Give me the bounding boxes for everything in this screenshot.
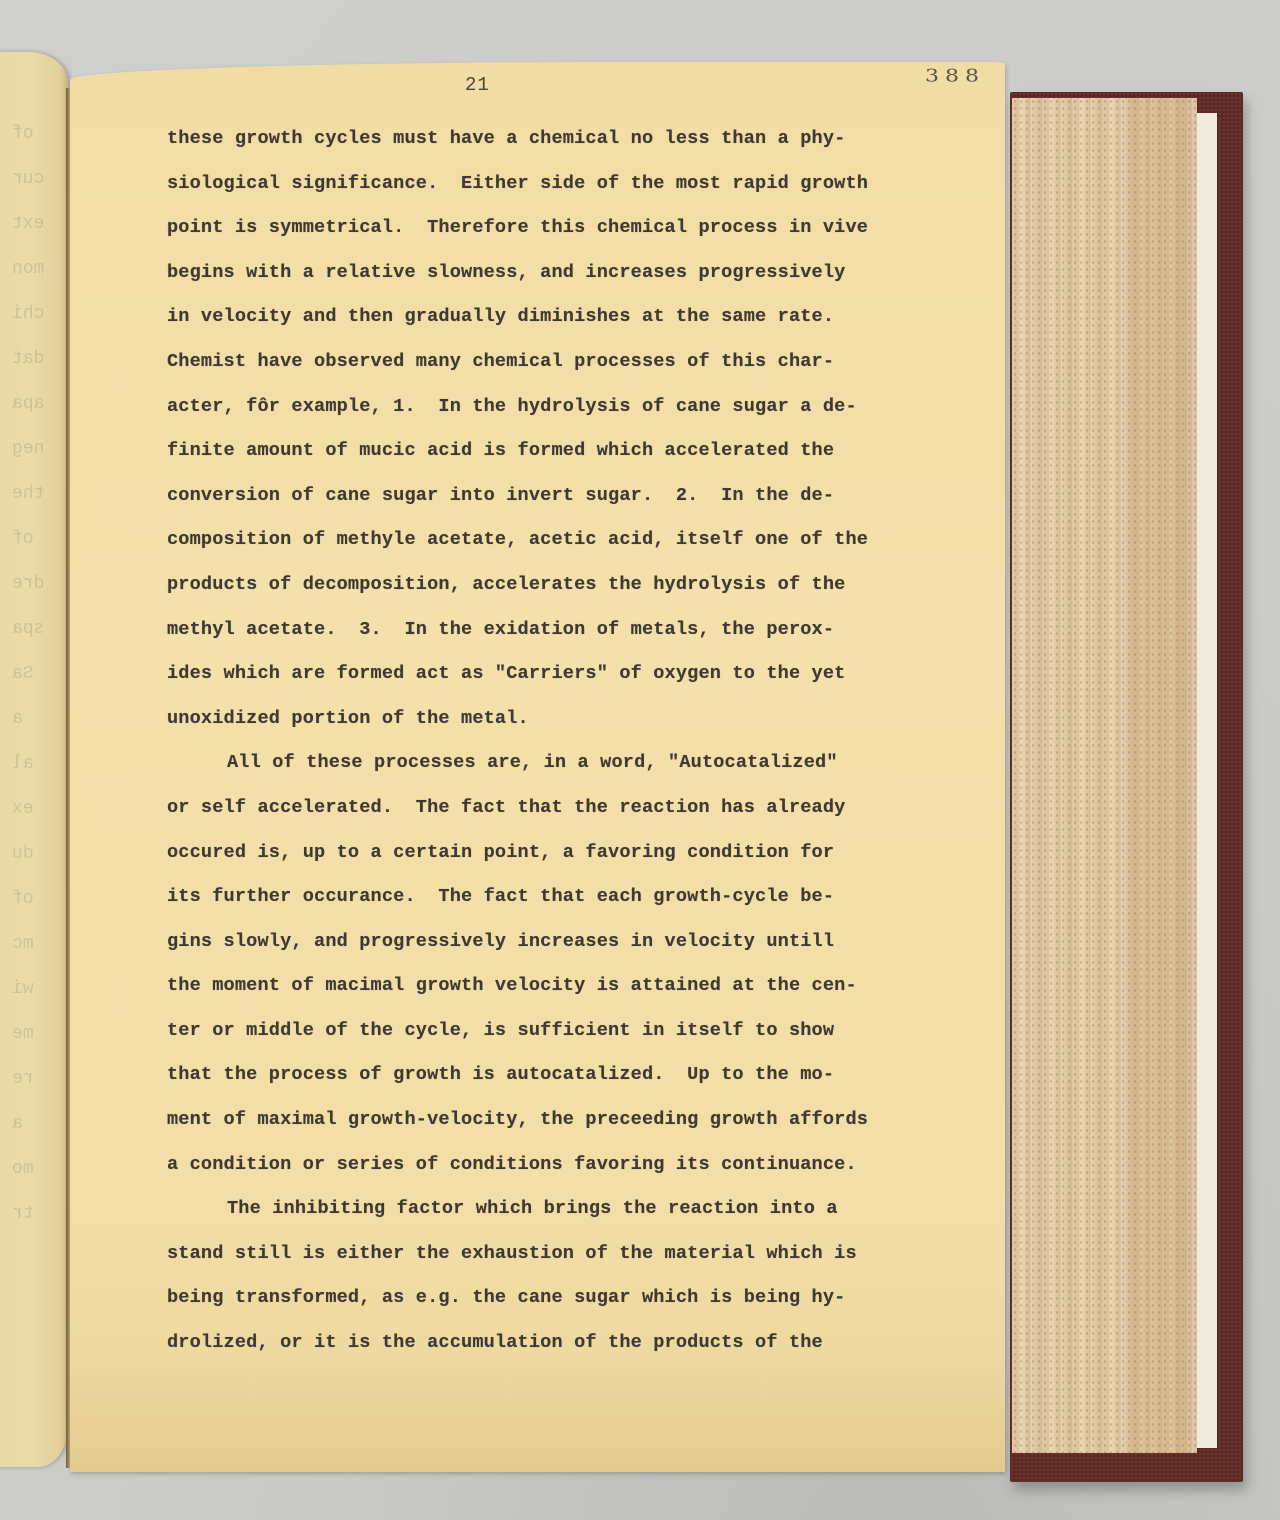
page-number: 21 xyxy=(465,74,490,96)
bleed-fragment: of xyxy=(12,877,60,922)
bleed-fragment: du xyxy=(12,832,60,877)
bleed-fragment: Sa xyxy=(12,652,60,697)
bleed-fragment: ext xyxy=(12,202,60,247)
text-line: All of these processes are, in a word, "… xyxy=(167,741,987,786)
text-line: finite amount of mucic acid is formed wh… xyxy=(167,429,987,474)
text-line: being transformed, as e.g. the cane suga… xyxy=(167,1276,987,1321)
bleed-fragment: cur xyxy=(12,157,60,202)
text-line: methyl acetate. 3. In the exidation of m… xyxy=(167,608,987,653)
book-photo-scene: ofcurextmonchidatapanegtheofdrespaSaaale… xyxy=(0,0,1280,1520)
text-line: point is symmetrical. Therefore this che… xyxy=(167,206,987,251)
text-line: composition of methyle acetate, acetic a… xyxy=(167,518,987,563)
text-line: a condition or series of conditions favo… xyxy=(167,1143,987,1188)
text-line: that the process of growth is autocatali… xyxy=(167,1053,987,1098)
page-fore-edge xyxy=(1012,98,1197,1453)
text-line: ter or middle of the cycle, is sufficien… xyxy=(167,1009,987,1054)
page-body-text: these growth cycles must have a chemical… xyxy=(167,117,987,1366)
text-line: or self accelerated. The fact that the r… xyxy=(167,786,987,831)
text-line: unoxidized portion of the metal. xyxy=(167,697,987,742)
text-line: gins slowly, and progressively increases… xyxy=(167,920,987,965)
bleed-fragment: the xyxy=(12,472,60,517)
bleed-fragment: a xyxy=(12,1102,60,1147)
text-line: Chemist have observed many chemical proc… xyxy=(167,340,987,385)
bleed-fragment: wi xyxy=(12,967,60,1012)
bleed-through-text: ofcurextmonchidatapanegtheofdrespaSaaale… xyxy=(12,112,60,1237)
text-line: products of decomposition, accelerates t… xyxy=(167,563,987,608)
bleed-fragment: mc xyxy=(12,922,60,967)
bleed-fragment: dre xyxy=(12,562,60,607)
bleed-fragment: chi xyxy=(12,292,60,337)
text-line: these growth cycles must have a chemical… xyxy=(167,117,987,162)
left-curled-page: ofcurextmonchidatapanegtheofdrespaSaaale… xyxy=(0,52,68,1467)
bleed-fragment: of xyxy=(12,517,60,562)
text-line: drolized, or it is the accumulation of t… xyxy=(167,1321,987,1366)
bleed-fragment: a xyxy=(12,697,60,742)
bleed-fragment: ex xyxy=(12,787,60,832)
text-line: occured is, up to a certain point, a fav… xyxy=(167,831,987,876)
text-line: begins with a relative slowness, and inc… xyxy=(167,251,987,296)
text-line: in velocity and then gradually diminishe… xyxy=(167,295,987,340)
bleed-fragment: tr xyxy=(12,1192,60,1237)
text-line: its further occurance. The fact that eac… xyxy=(167,875,987,920)
bleed-fragment: spa xyxy=(12,607,60,652)
text-line: ides which are formed act as "Carriers" … xyxy=(167,652,987,697)
text-line: conversion of cane sugar into invert sug… xyxy=(167,474,987,519)
text-line: acter, fôr example, 1. In the hydrolysis… xyxy=(167,385,987,430)
bleed-fragment: of xyxy=(12,112,60,157)
endpaper xyxy=(1195,113,1217,1448)
bleed-fragment: dat xyxy=(12,337,60,382)
bleed-fragment: apa xyxy=(12,382,60,427)
text-line: stand still is either the exhaustion of … xyxy=(167,1232,987,1277)
bleed-fragment: me xyxy=(12,1012,60,1057)
handwritten-folio: 388 xyxy=(925,67,985,87)
bleed-fragment: neg xyxy=(12,427,60,472)
bleed-fragment: mo xyxy=(12,1147,60,1192)
text-line: the moment of macimal growth velocity is… xyxy=(167,964,987,1009)
bleed-fragment: mon xyxy=(12,247,60,292)
text-line: The inhibiting factor which brings the r… xyxy=(167,1187,987,1232)
text-line: siological significance. Either side of … xyxy=(167,162,987,207)
typed-page: 21 388 these growth cycles must have a c… xyxy=(70,62,1005,1472)
bleed-fragment: re xyxy=(12,1057,60,1102)
edge-stain xyxy=(1132,98,1187,1453)
text-line: ment of maximal growth-velocity, the pre… xyxy=(167,1098,987,1143)
bleed-fragment: al xyxy=(12,742,60,787)
